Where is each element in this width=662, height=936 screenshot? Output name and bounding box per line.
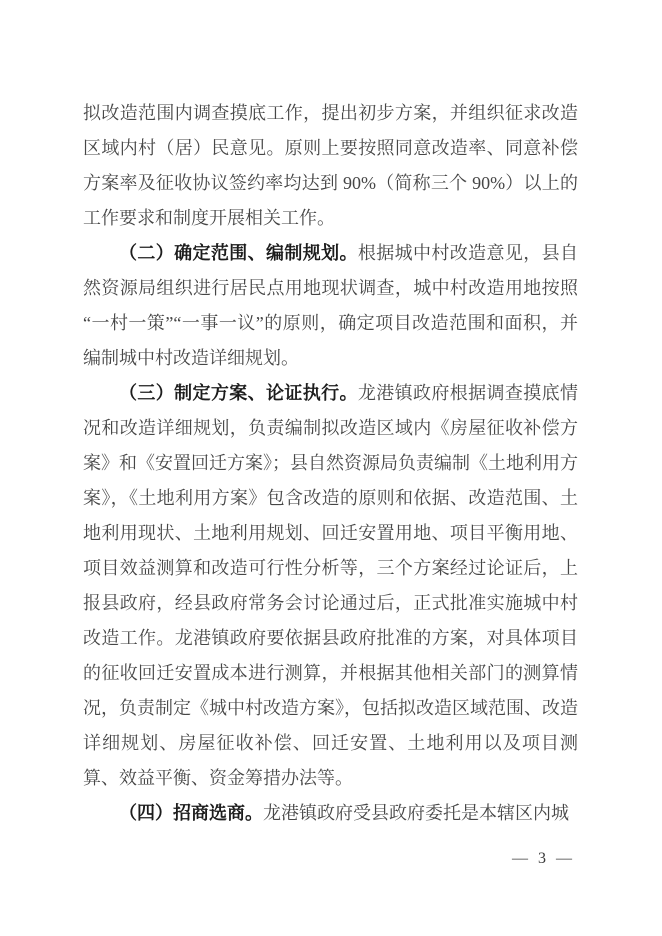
page-footer: — 3 — — [512, 849, 575, 869]
paragraph: （二）确定范围、编制规划。根据城中村改造意见，县自然资源局组织进行居民点用地现状… — [83, 236, 578, 376]
body-text: 龙港镇政府受县政府委托是本辖区内城 — [263, 803, 569, 823]
section-heading: （四）招商选商。 — [119, 803, 263, 823]
section-heading: （二）确定范围、编制规划。 — [119, 243, 358, 263]
body-text: 拟改造范围内调查摸底工作，提出初步方案，并组织征求改造区域内村（居）民意见。原则… — [83, 103, 578, 228]
body-text: 龙港镇政府根据调查摸底情况和改造详细规划，负责编制拟改造区域内《房屋征收补偿方案… — [83, 383, 578, 788]
paragraph: 拟改造范围内调查摸底工作，提出初步方案，并组织征求改造区域内村（居）民意见。原则… — [83, 96, 578, 236]
page-number: — 3 — — [512, 850, 575, 867]
paragraph: （三）制定方案、论证执行。龙港镇政府根据调查摸底情况和改造详细规划，负责编制拟改… — [83, 376, 578, 796]
paragraph: （四）招商选商。龙港镇政府受县政府委托是本辖区内城 — [83, 796, 578, 831]
document-body: 拟改造范围内调查摸底工作，提出初步方案，并组织征求改造区域内村（居）民意见。原则… — [83, 96, 578, 831]
section-heading: （三）制定方案、论证执行。 — [119, 383, 358, 403]
document-page: 拟改造范围内调查摸底工作，提出初步方案，并组织征求改造区域内村（居）民意见。原则… — [0, 0, 662, 936]
